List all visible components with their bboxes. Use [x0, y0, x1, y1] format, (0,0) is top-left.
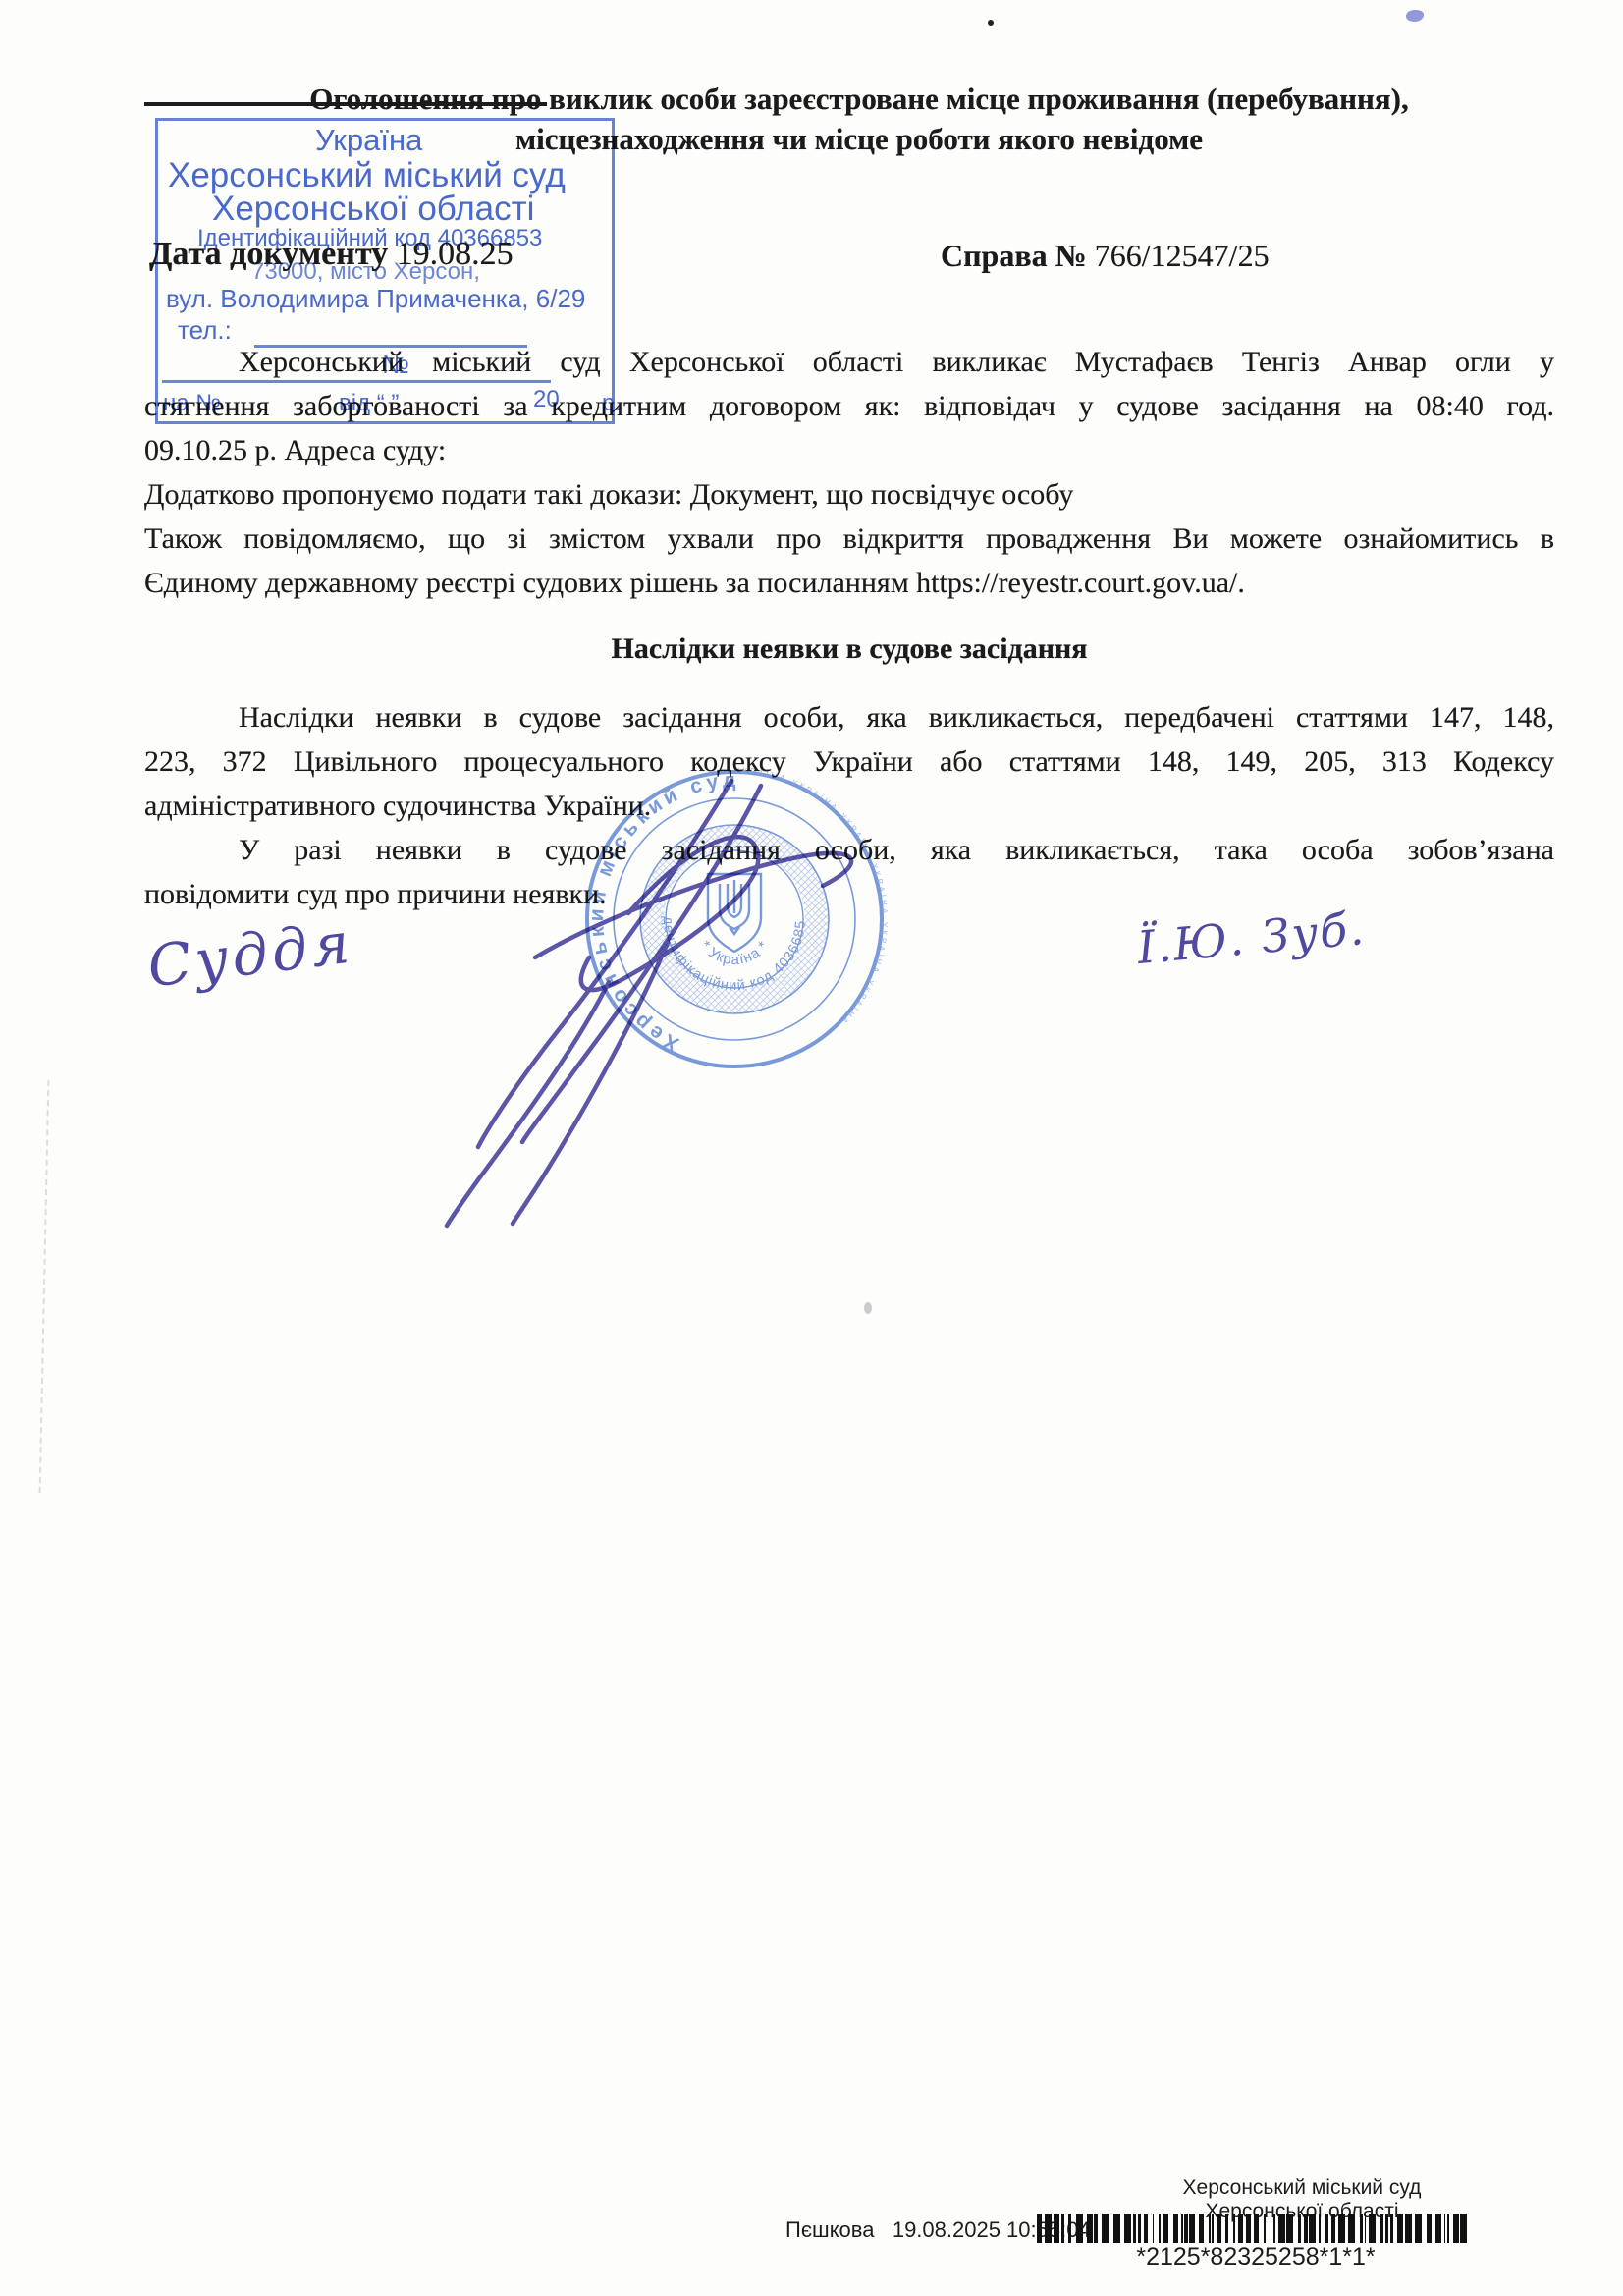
- footer-operator-name: Пєшкова: [785, 2217, 874, 2242]
- stamp-r-label: р.: [602, 390, 622, 417]
- document-date-value: 19.08.25: [388, 236, 514, 272]
- document-date: Дата документу 19.08.25: [149, 236, 514, 273]
- case-number-value: 766/12547/25: [1087, 238, 1270, 273]
- scanned-court-document: Оголошення про виклик особи зареєстрован…: [0, 0, 1623, 2296]
- case-number-label: Справа №: [941, 238, 1087, 273]
- stamp-year-label: 20: [533, 386, 560, 413]
- stamp-country: Україна: [315, 123, 422, 158]
- stamp-tel-label: тел.:: [178, 315, 232, 346]
- footer-court-line1: Херсонський міський суд: [1129, 2176, 1475, 2200]
- barcode: [1037, 2214, 1475, 2243]
- judge-signature-scrawl: [373, 746, 943, 1257]
- stamp-address-street: вул. Володимира Примаченка, 6/29: [166, 284, 585, 314]
- stamp-vid-label: від “ ”: [339, 390, 399, 417]
- barcode-value: *2125*82325258*1*1*: [1037, 2243, 1475, 2271]
- stamp-number-blank-line: [162, 380, 551, 383]
- case-number: Справа № 766/12547/25: [941, 238, 1270, 274]
- stamp-court-name-line2: Херсонської області: [212, 190, 534, 229]
- stamp-na-number-label: на №: [163, 390, 221, 417]
- stamp-number-label: №: [382, 350, 409, 380]
- stamp-tel-blank-line: [254, 345, 527, 348]
- document-date-label: Дата документу: [149, 236, 388, 272]
